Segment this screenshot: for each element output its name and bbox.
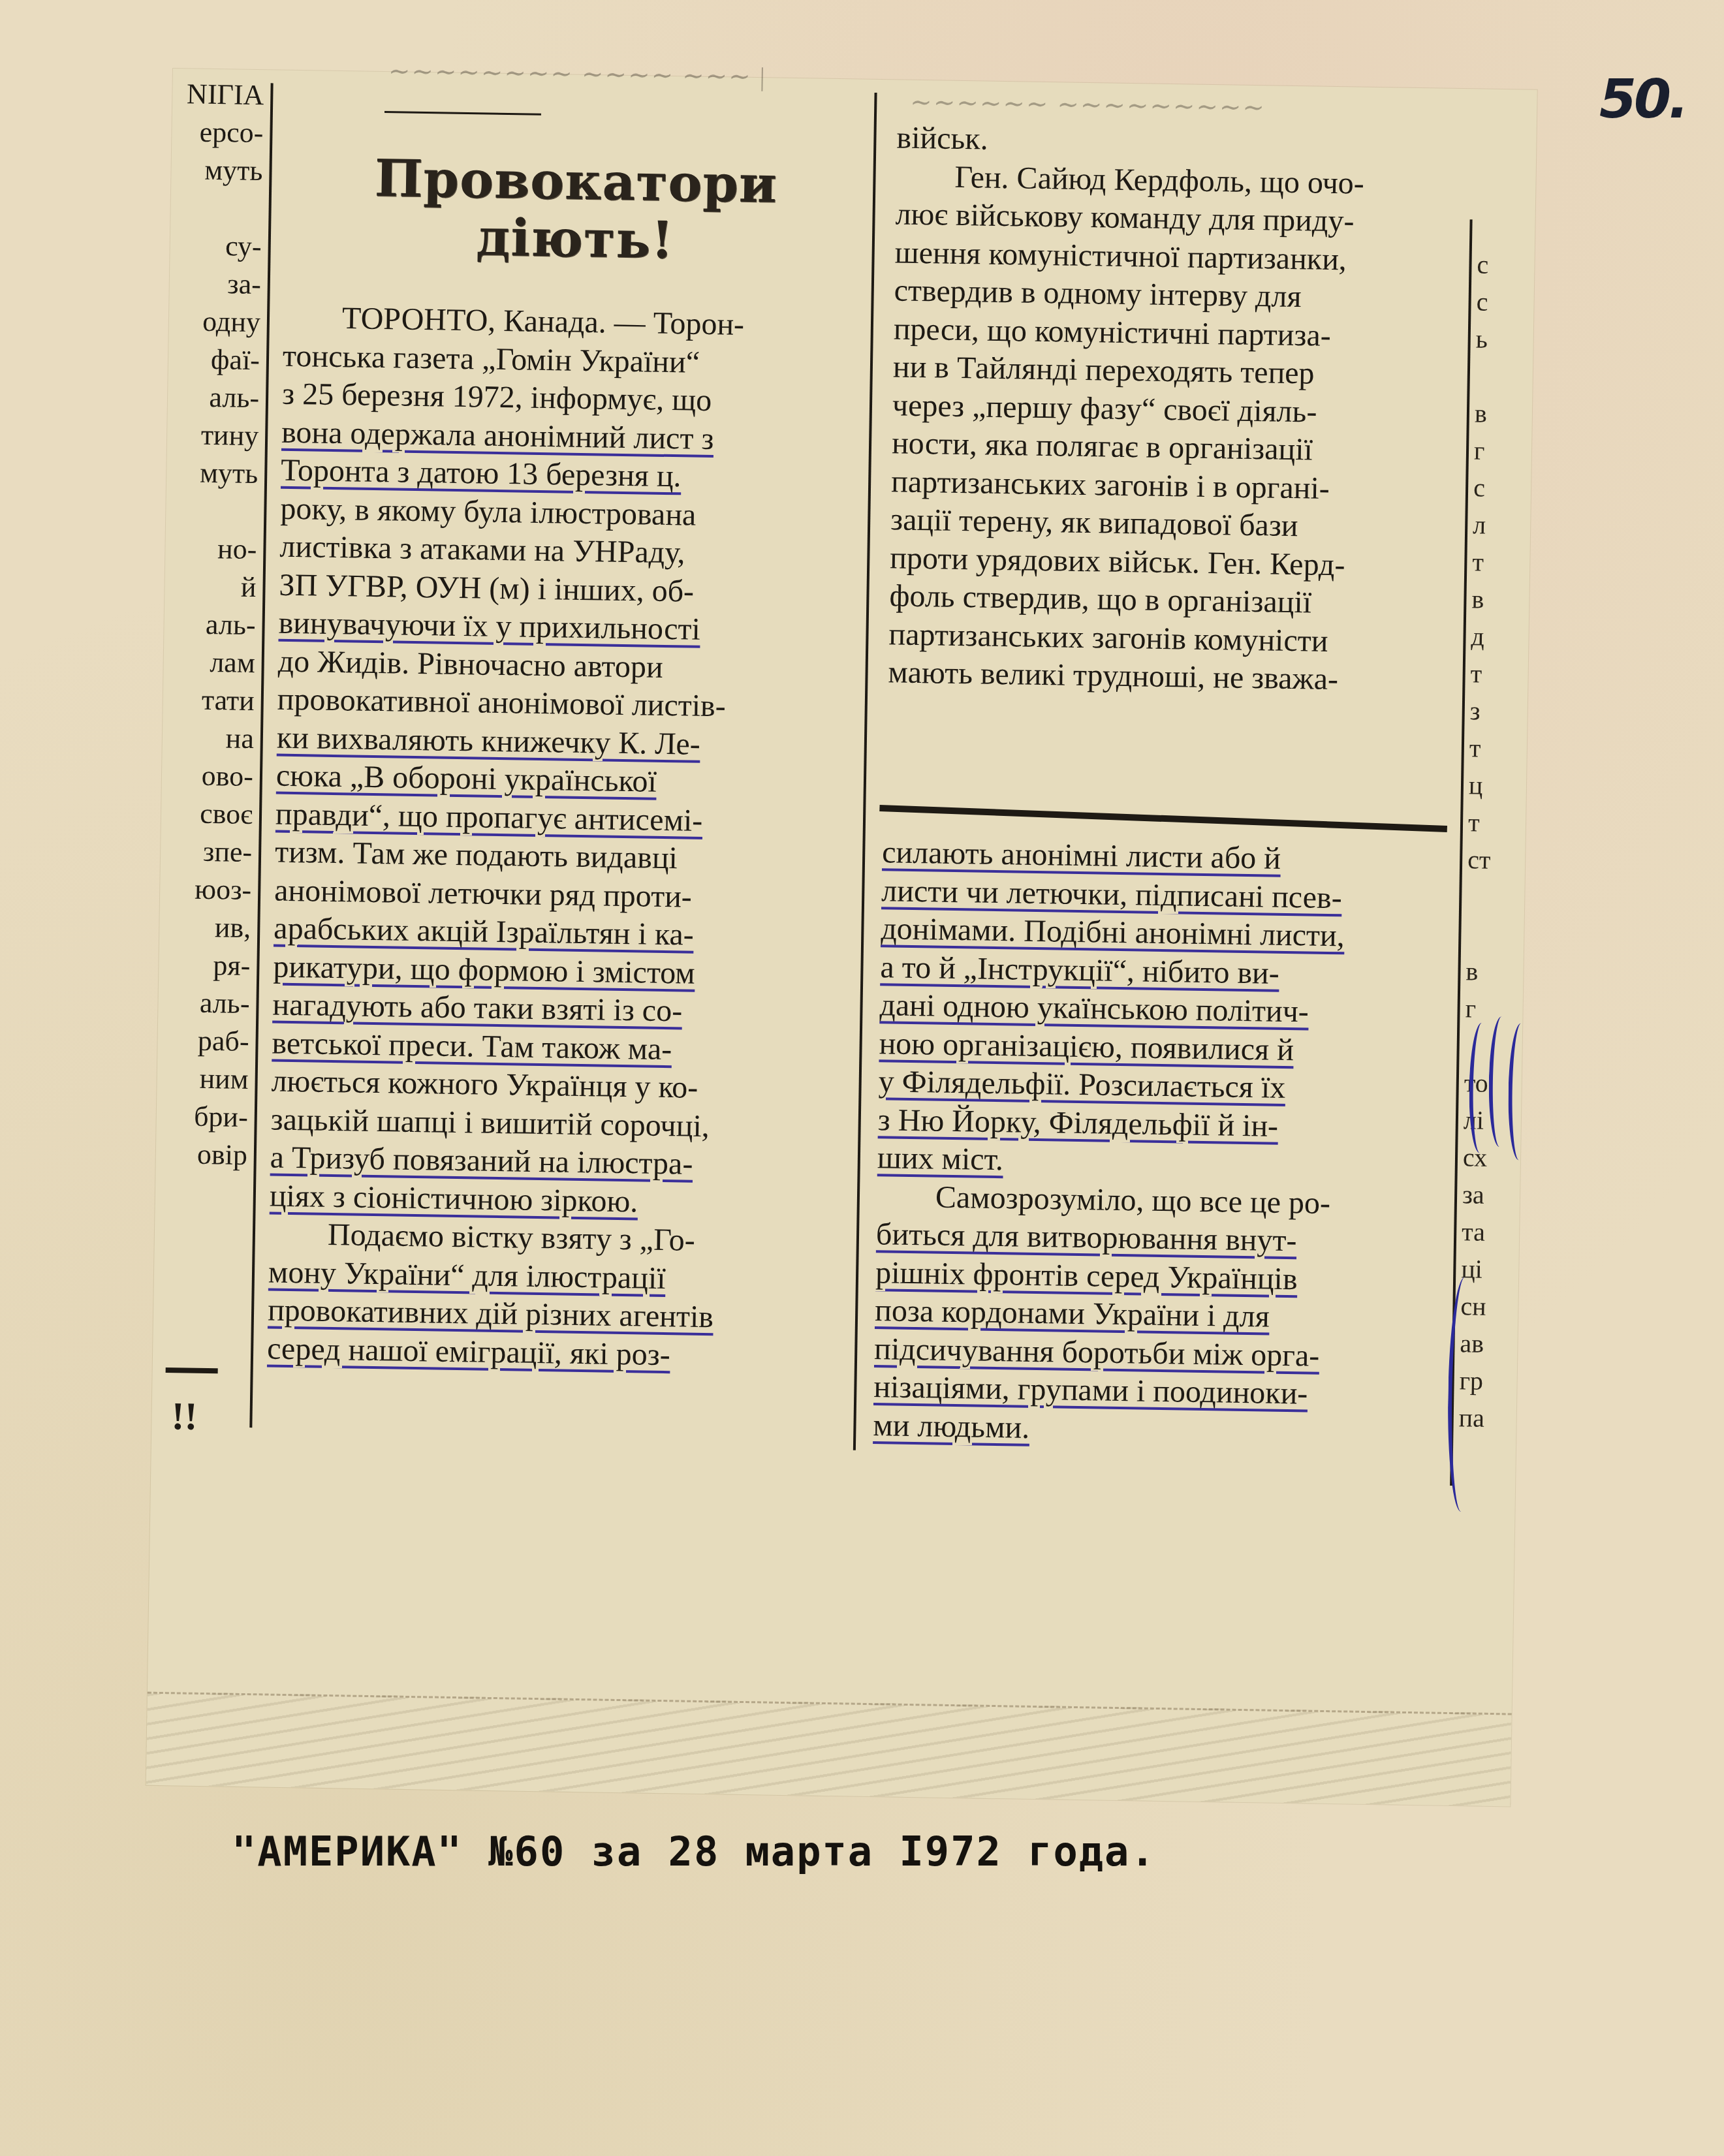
text-content: ствердив в одному інтерву для [894,273,1302,314]
text-content: люється кожного Українця у ко- [271,1064,698,1105]
pen-underlined-text: рикатури, що формою і змістом [273,949,695,990]
text-content: листівка з атаками на УНРаду, [279,529,685,570]
margin-fragment: на [162,719,254,758]
pen-underlined-text: а то й „Інструкції“, нібито ви- [880,950,1279,991]
margin-fragment: зпе- [161,832,253,871]
margin-fragment: тати [163,681,255,720]
pen-underlined-text: поза кордонами України і для [875,1293,1270,1334]
text-content: шення комуністичної партизанки, [894,235,1347,277]
text-content: ности, яка полягає в організації [892,426,1313,467]
margin-fragment: своє [161,794,253,834]
text-line: мають великі трудноші, не зважа- [888,653,1450,700]
pen-underlined-text: ціях з сіоністичною зіркою. [269,1178,638,1219]
pen-underlined-text: ми людьми. [873,1408,1030,1445]
margin-fragment: ст [1467,841,1520,879]
pen-underlined-text: ветської преси. Там також ма- [272,1025,672,1067]
margin-fragment [166,492,258,531]
article-headline: Провокатори діють! [372,150,779,272]
pen-underlined-text: Торонта з датою 13 березня ц. [281,453,682,494]
pen-underlined-text: листи чи летючки, підписані псев- [881,873,1342,915]
margin-dash [166,1367,218,1373]
faded-header-text-right: ∼∼∼∼∼∼ ∼∼∼∼∼∼∼∼∼ [910,87,1368,125]
pen-underlined-text: а Тризуб повязаний на ілюстра- [270,1140,693,1181]
margin-fragment: г [1465,990,1518,1027]
margin-fragment: муть [166,454,259,493]
text-content: анонімової летючки ряд проти- [274,873,692,914]
text-content: Ген. Сайюд Кердфоль, що очо- [954,159,1364,200]
margin-fragment: ово- [162,757,254,796]
left-margin-fragments: ΝΙΓΙΑерсо-мутьсу-за-однуфаї-аль-тинумуть… [155,75,264,1174]
text-content: військ. [896,120,988,156]
pen-underlined-text: дані одною укаїнською політич- [879,988,1309,1029]
pen-underlined-text: сюка „В обороні української [276,758,657,799]
margin-fragment: лам [163,643,255,682]
text-content: через „першу фазу“ своєї діяль- [892,388,1317,429]
pen-underlined-text: нагадують або таки взяті із со- [272,988,682,1029]
margin-fragment: та [1462,1213,1514,1251]
pen-underlined-text: арабських акцій Ізраїльтян і ка- [274,911,694,952]
text-content: ЗП УГВР, ОУН (м) і інших, об- [279,567,694,608]
pen-underlined-text: донімами. Подібні анонімні листи, [881,911,1345,953]
margin-fragment: в [1471,580,1524,618]
margin-fragment: т [1469,729,1522,767]
margin-fragment [1475,357,1528,395]
text-content: партизанських загонів комуністи [888,617,1328,659]
text-line: серед нашої еміграції, які роз- [267,1330,842,1377]
margin-fragment: ерсо- [172,113,264,152]
pen-underlined-text: вона одержала анонімний лист з [281,414,714,456]
margin-fragment: за- [169,264,261,304]
margin-fragment: в [1465,952,1518,990]
pen-underlined-text: ною організацією, появилися й [879,1026,1294,1067]
margin-fragment: тину [167,416,259,455]
margin-fragment: раб- [157,1022,249,1061]
text-content: преси, що комуністичні партиза- [893,311,1331,353]
margin-fragment: фаї- [168,340,260,379]
margin-fragment: л [1473,506,1526,544]
margin-fragment: юоз- [160,870,252,909]
margin-fragment: бри- [156,1097,248,1136]
article-column-right-top: військ.Ген. Сайюд Кердфоль, що очо-лює в… [888,119,1458,700]
margin-fragment: ΝΙΓΙΑ [172,75,264,114]
margin-fragment: аль- [168,378,260,417]
margin-fragment: одну [168,302,260,341]
pen-underlined-text: правди“, що пропагує антисемі- [275,796,703,837]
margin-fragment: но- [165,529,257,569]
margin-fragment: т [1470,655,1523,693]
text-content: проти урядових військ. Ген. Керд- [890,540,1345,582]
margin-fragment: овір [155,1135,247,1174]
pen-underlined-text: провокативних дій різних агентів [268,1293,714,1335]
text-content: зації терену, як випадової бази [890,502,1298,543]
margin-fragment: с [1473,469,1526,507]
text-content: ТОРОНТО, Канада. — Торон- [342,301,745,342]
headline-rule [384,111,541,116]
pen-underlined-text: биться для витворювання внут- [876,1217,1297,1258]
text-content: фоль ствердив, що в організації [889,578,1311,619]
margin-fragment: сх [1463,1138,1516,1176]
margin-fragment: аль- [164,605,256,644]
article-column-right-bottom: силають анонімні листи або йлисти чи лет… [873,834,1444,1453]
margin-fragment: ним [157,1059,249,1099]
pen-underlined-text: мону України“ для ілюстрації [268,1255,666,1296]
pen-underlined-text: силають анонімні листи або й [882,835,1281,876]
pen-underlined-text: у Філядельфії. Розсилається їх [878,1064,1285,1105]
margin-fragment: с [1476,283,1529,320]
margin-fragment: су- [170,227,262,266]
text-content: лює військову команду для приду- [895,196,1355,238]
margin-fragment: в [1475,394,1528,432]
text-content: ни в Тайлянді переходять тепер [893,349,1315,390]
text-content: тизм. Там же подають видавці [275,835,678,876]
pen-underlined-text: нізаціями, групами і поодиноки- [873,1369,1308,1411]
margin-fragment: т [1468,804,1521,841]
margin-fragment [170,189,262,228]
margin-fragment: ив, [159,908,251,947]
pen-underlined-text: з Ню Йорку, Філядельфії й ін- [877,1102,1278,1144]
page-number: 50. [1599,69,1686,131]
margin-fragment: з [1469,692,1522,730]
text-content: мають великі трудноші, не зважа- [888,655,1338,696]
text-content: зацькій шапці і вишитій сорочці, [270,1102,710,1144]
torn-edge [146,1692,1512,1807]
text-content: тонська газета „Гомін України“ [283,338,700,379]
pen-margin-bracket [1447,1277,1481,1512]
margin-fragment [1466,915,1519,953]
margin-fragment: муть [171,151,263,190]
margin-mark: !! [171,1394,198,1439]
pen-underlined-text: серед нашої еміграції, які роз- [267,1331,670,1372]
text-content: провокативної анонімової листів- [277,682,726,724]
typed-caption: "АМЕРИКА" №60 за 28 марта І972 года. [232,1828,1156,1875]
margin-fragment: г [1474,431,1527,469]
margin-fragment: т [1472,543,1525,581]
column-rule-middle [853,93,877,1450]
pen-underlined-text: ки вихваляють книжечку К. Ле- [277,720,701,761]
margin-fragment: за [1462,1176,1515,1213]
margin-fragment: ря- [159,946,251,985]
newspaper-clipping: ∼∼∼∼∼∼∼∼ ∼∼∼∼ ∼∼∼ | ∼∼∼∼∼∼ ∼∼∼∼∼∼∼∼∼ ΝΙΓ… [146,69,1537,1807]
text-content: до Жидів. Рівночасно автори [277,644,663,684]
text-content: Подаємо вістку взяту з „Го- [328,1217,695,1258]
section-divider [879,805,1447,832]
margin-fragment: ь [1475,320,1528,358]
text-content: партизанських загонів і в органі- [891,464,1330,506]
pen-underlined-text: ших міст. [877,1140,1004,1177]
margin-fragment [1467,878,1520,916]
margin-fragment: аль- [158,984,250,1023]
text-content: року, в якому була ілюстрована [280,491,697,532]
faded-header-text: ∼∼∼∼∼∼∼∼ ∼∼∼∼ ∼∼∼ | [388,55,846,93]
headline-line-2: діють! [372,208,777,272]
margin-fragment: ц [1469,766,1522,804]
headline-line-1: Провокатори [373,150,779,214]
text-content: Самозрозуміло, що все це ро- [935,1180,1331,1220]
margin-fragment: с [1477,245,1529,283]
margin-fragment: й [165,567,257,606]
pen-underlined-text: винувачуючи їх у прихильності [278,606,700,647]
text-line: ми людьми. [873,1407,1435,1454]
article-column-left: ТОРОНТО, Канада. — Торон-тонська газета … [267,299,858,1377]
pen-underlined-text: підсичування боротьби між орга- [874,1332,1320,1373]
margin-fragment: д [1471,617,1524,655]
pen-underlined-text: рішніх фронтів серед Українців [875,1255,1298,1296]
text-content: з 25 березня 1972, інформує, що [282,377,712,418]
